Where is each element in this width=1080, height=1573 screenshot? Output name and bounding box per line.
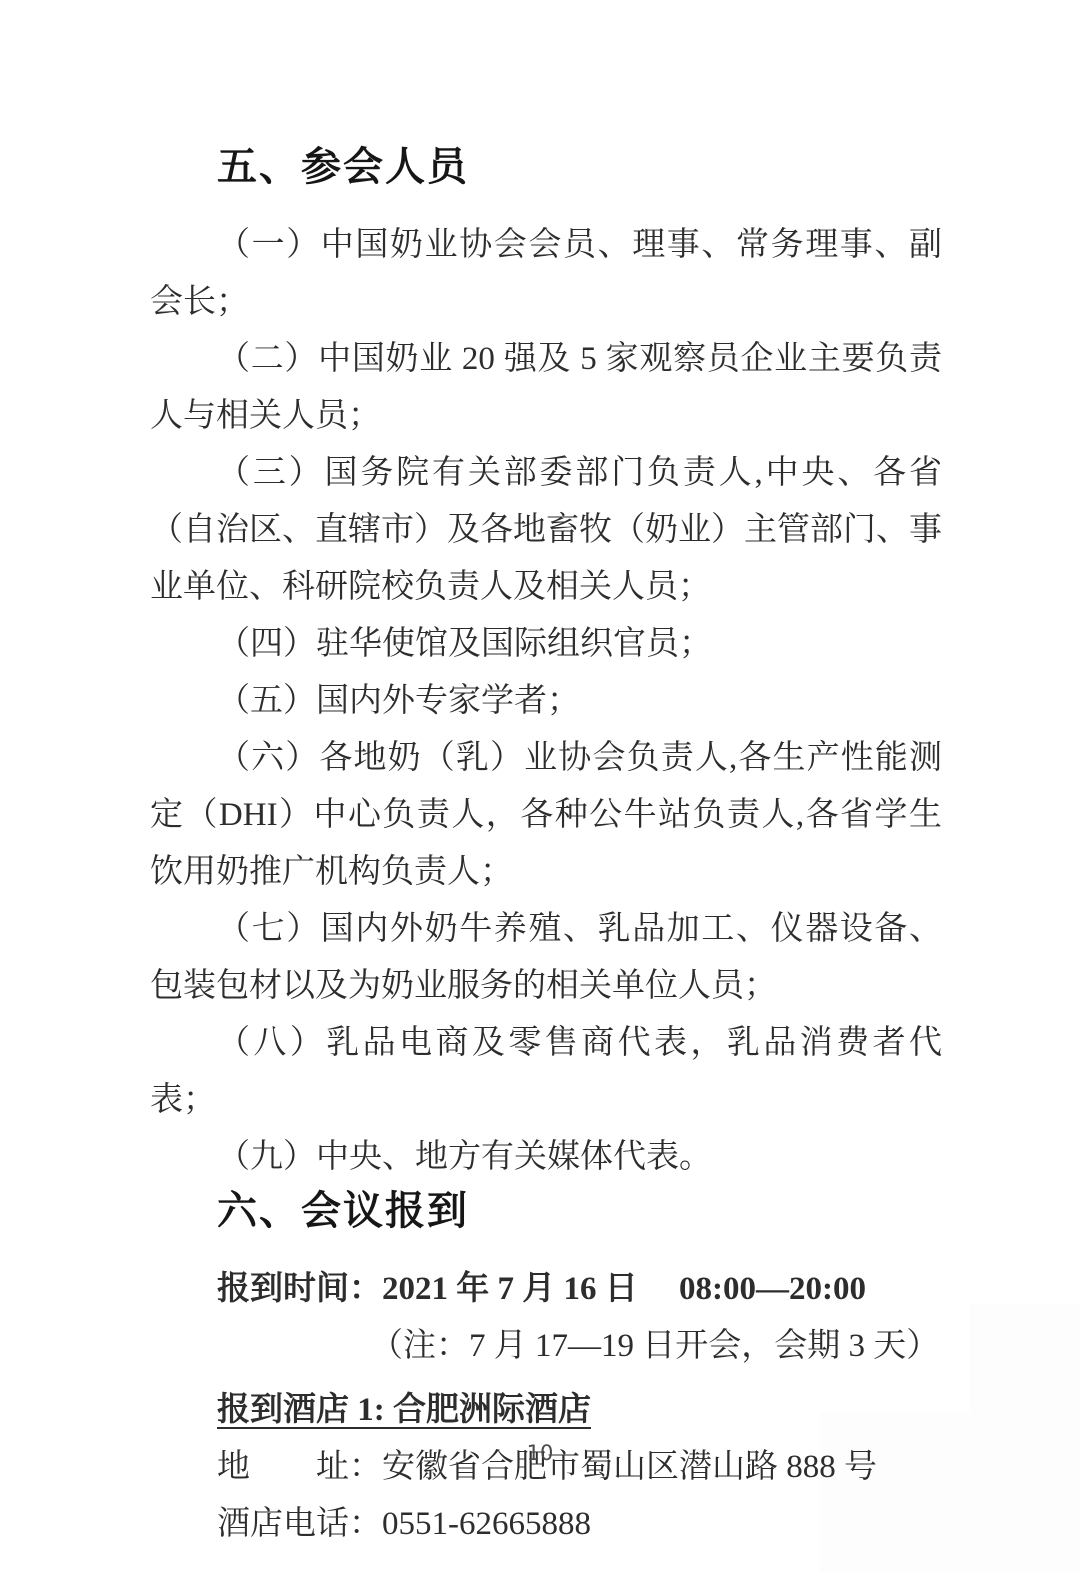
attendee-item-4: （四）驻华使馆及国际组织官员； [150, 616, 942, 673]
attendee-item-7: （七）国内外奶牛养殖、乳品加工、仪器设备、包装包材以及为奶业服务的相关单位人员； [150, 901, 942, 1015]
attendee-item-2: （二）中国奶业 20 强及 5 家观察员企业主要负责人与相关人员； [150, 331, 942, 445]
attendee-item-5: （五）国内外专家学者； [150, 673, 942, 730]
document-page: 五、参会人员 （一）中国奶业协会会员、理事、常务理事、副会长； （二）中国奶业 … [0, 0, 1080, 1573]
attendee-item-9: （九）中央、地方有关媒体代表。 [150, 1129, 942, 1186]
attendee-item-6: （六）各地奶（乳）业协会负责人,各生产性能测定（DHI）中心负责人，各种公牛站负… [150, 730, 942, 901]
attendee-item-8: （八）乳品电商及零售商代表，乳品消费者代表； [150, 1015, 942, 1129]
section-5-heading: 五、参会人员 [217, 145, 942, 189]
registration-time-line: 报到时间：2021 年 7 月 16 日 08:00—20:00 [217, 1261, 942, 1318]
attendee-item-3: （三）国务院有关部委部门负责人,中央、各省（自治区、直辖市）及各地畜牧（奶业）主… [150, 445, 942, 616]
page-number: 10 [0, 1441, 1080, 1465]
hotel-heading-line: 报到酒店 1: 合肥洲际酒店 [217, 1382, 942, 1439]
registration-note-line: （注：7 月 17—19 日开会，会期 3 天） [370, 1318, 942, 1375]
attendee-item-1: （一）中国奶业协会会员、理事、常务理事、副会长； [150, 217, 942, 331]
hotel-phone-line: 酒店电话：0551-62665888 [217, 1496, 942, 1553]
document-content: 五、参会人员 （一）中国奶业协会会员、理事、常务理事、副会长； （二）中国奶业 … [150, 145, 942, 1553]
section-6-heading: 六、会议报到 [217, 1189, 942, 1233]
